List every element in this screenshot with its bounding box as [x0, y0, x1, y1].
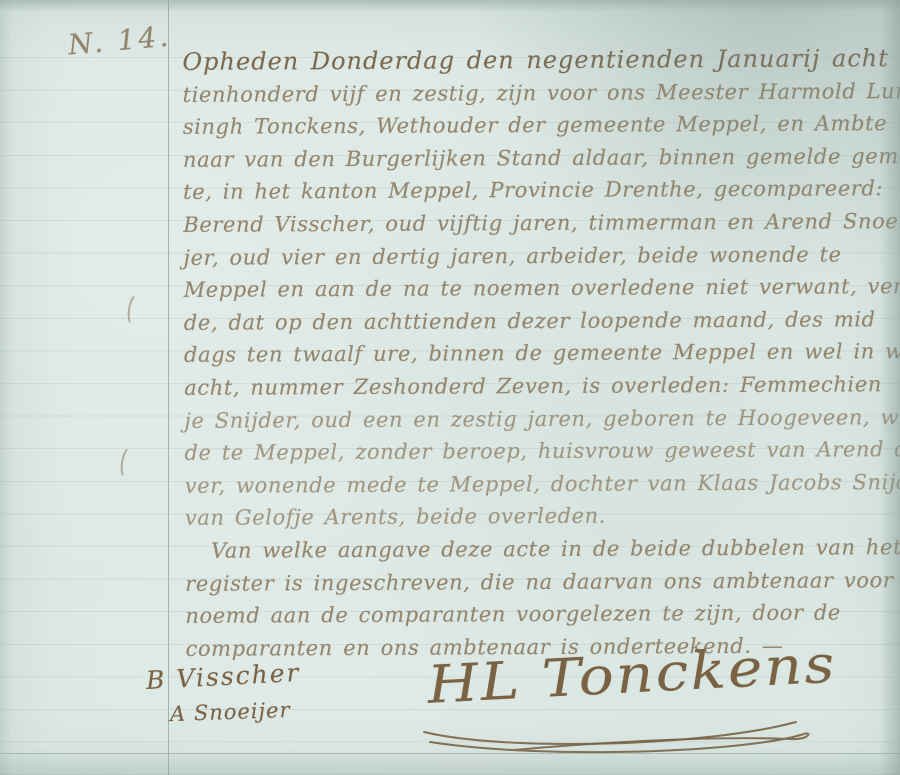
margin-pen-mark: [118, 445, 139, 481]
handwritten-line: je Snijder, oud een en zestig jaren, geb…: [184, 401, 896, 437]
handwritten-line: dags ten twaalf ure, binnen de gemeente …: [184, 335, 896, 371]
margin-rule-line: [168, 0, 169, 775]
handwritten-line: te, in het kanton Meppel, Provincie Dren…: [183, 173, 895, 209]
handwritten-line: Berend Visscher, oud vijftig jaren, timm…: [183, 205, 895, 241]
handwritten-line: acht, nummer Zeshonderd Zeven, is overle…: [184, 368, 896, 404]
handwritten-line: de te Meppel, zonder beroep, huisvrouw g…: [184, 433, 896, 469]
handwritten-line: Van welke aangave deze acte in de beide …: [185, 531, 897, 567]
handwritten-line: naar van den Burgerlijken Stand aldaar, …: [183, 140, 895, 176]
handwritten-line: de, dat op den achttienden dezer loopend…: [184, 303, 896, 339]
act-body: Opheden Donderdag den negentienden Janua…: [182, 42, 897, 665]
bottom-rule-line: [0, 753, 900, 754]
act-number: N. 14.: [67, 20, 173, 62]
handwritten-line: singh Tonckens, Wethouder der gemeente M…: [183, 107, 895, 143]
handwritten-line: Meppel en aan de na te noemen overledene…: [184, 270, 896, 306]
signature-witness-2: A Snoeijer: [170, 698, 291, 726]
margin-pen-mark: [125, 292, 146, 328]
handwritten-line: ver, wonende mede te Meppel, dochter van…: [185, 466, 897, 502]
handwritten-line: register is ingeschreven, die na daarvan…: [185, 564, 897, 600]
death-record-scan: N. 14. Opheden Donderdag den negentiende…: [0, 0, 900, 775]
handwritten-line: van Gelofje Arents, beide overleden.: [185, 498, 897, 534]
handwritten-line: Opheden Donderdag den negentienden Janua…: [182, 42, 894, 78]
handwritten-line: noemd aan de comparanten voorgelezen te …: [185, 596, 897, 632]
handwritten-line: tienhonderd vijf en zestig, zijn voor on…: [183, 75, 895, 111]
handwritten-line: jer, oud vier en dertig jaren, arbeider,…: [183, 238, 895, 274]
